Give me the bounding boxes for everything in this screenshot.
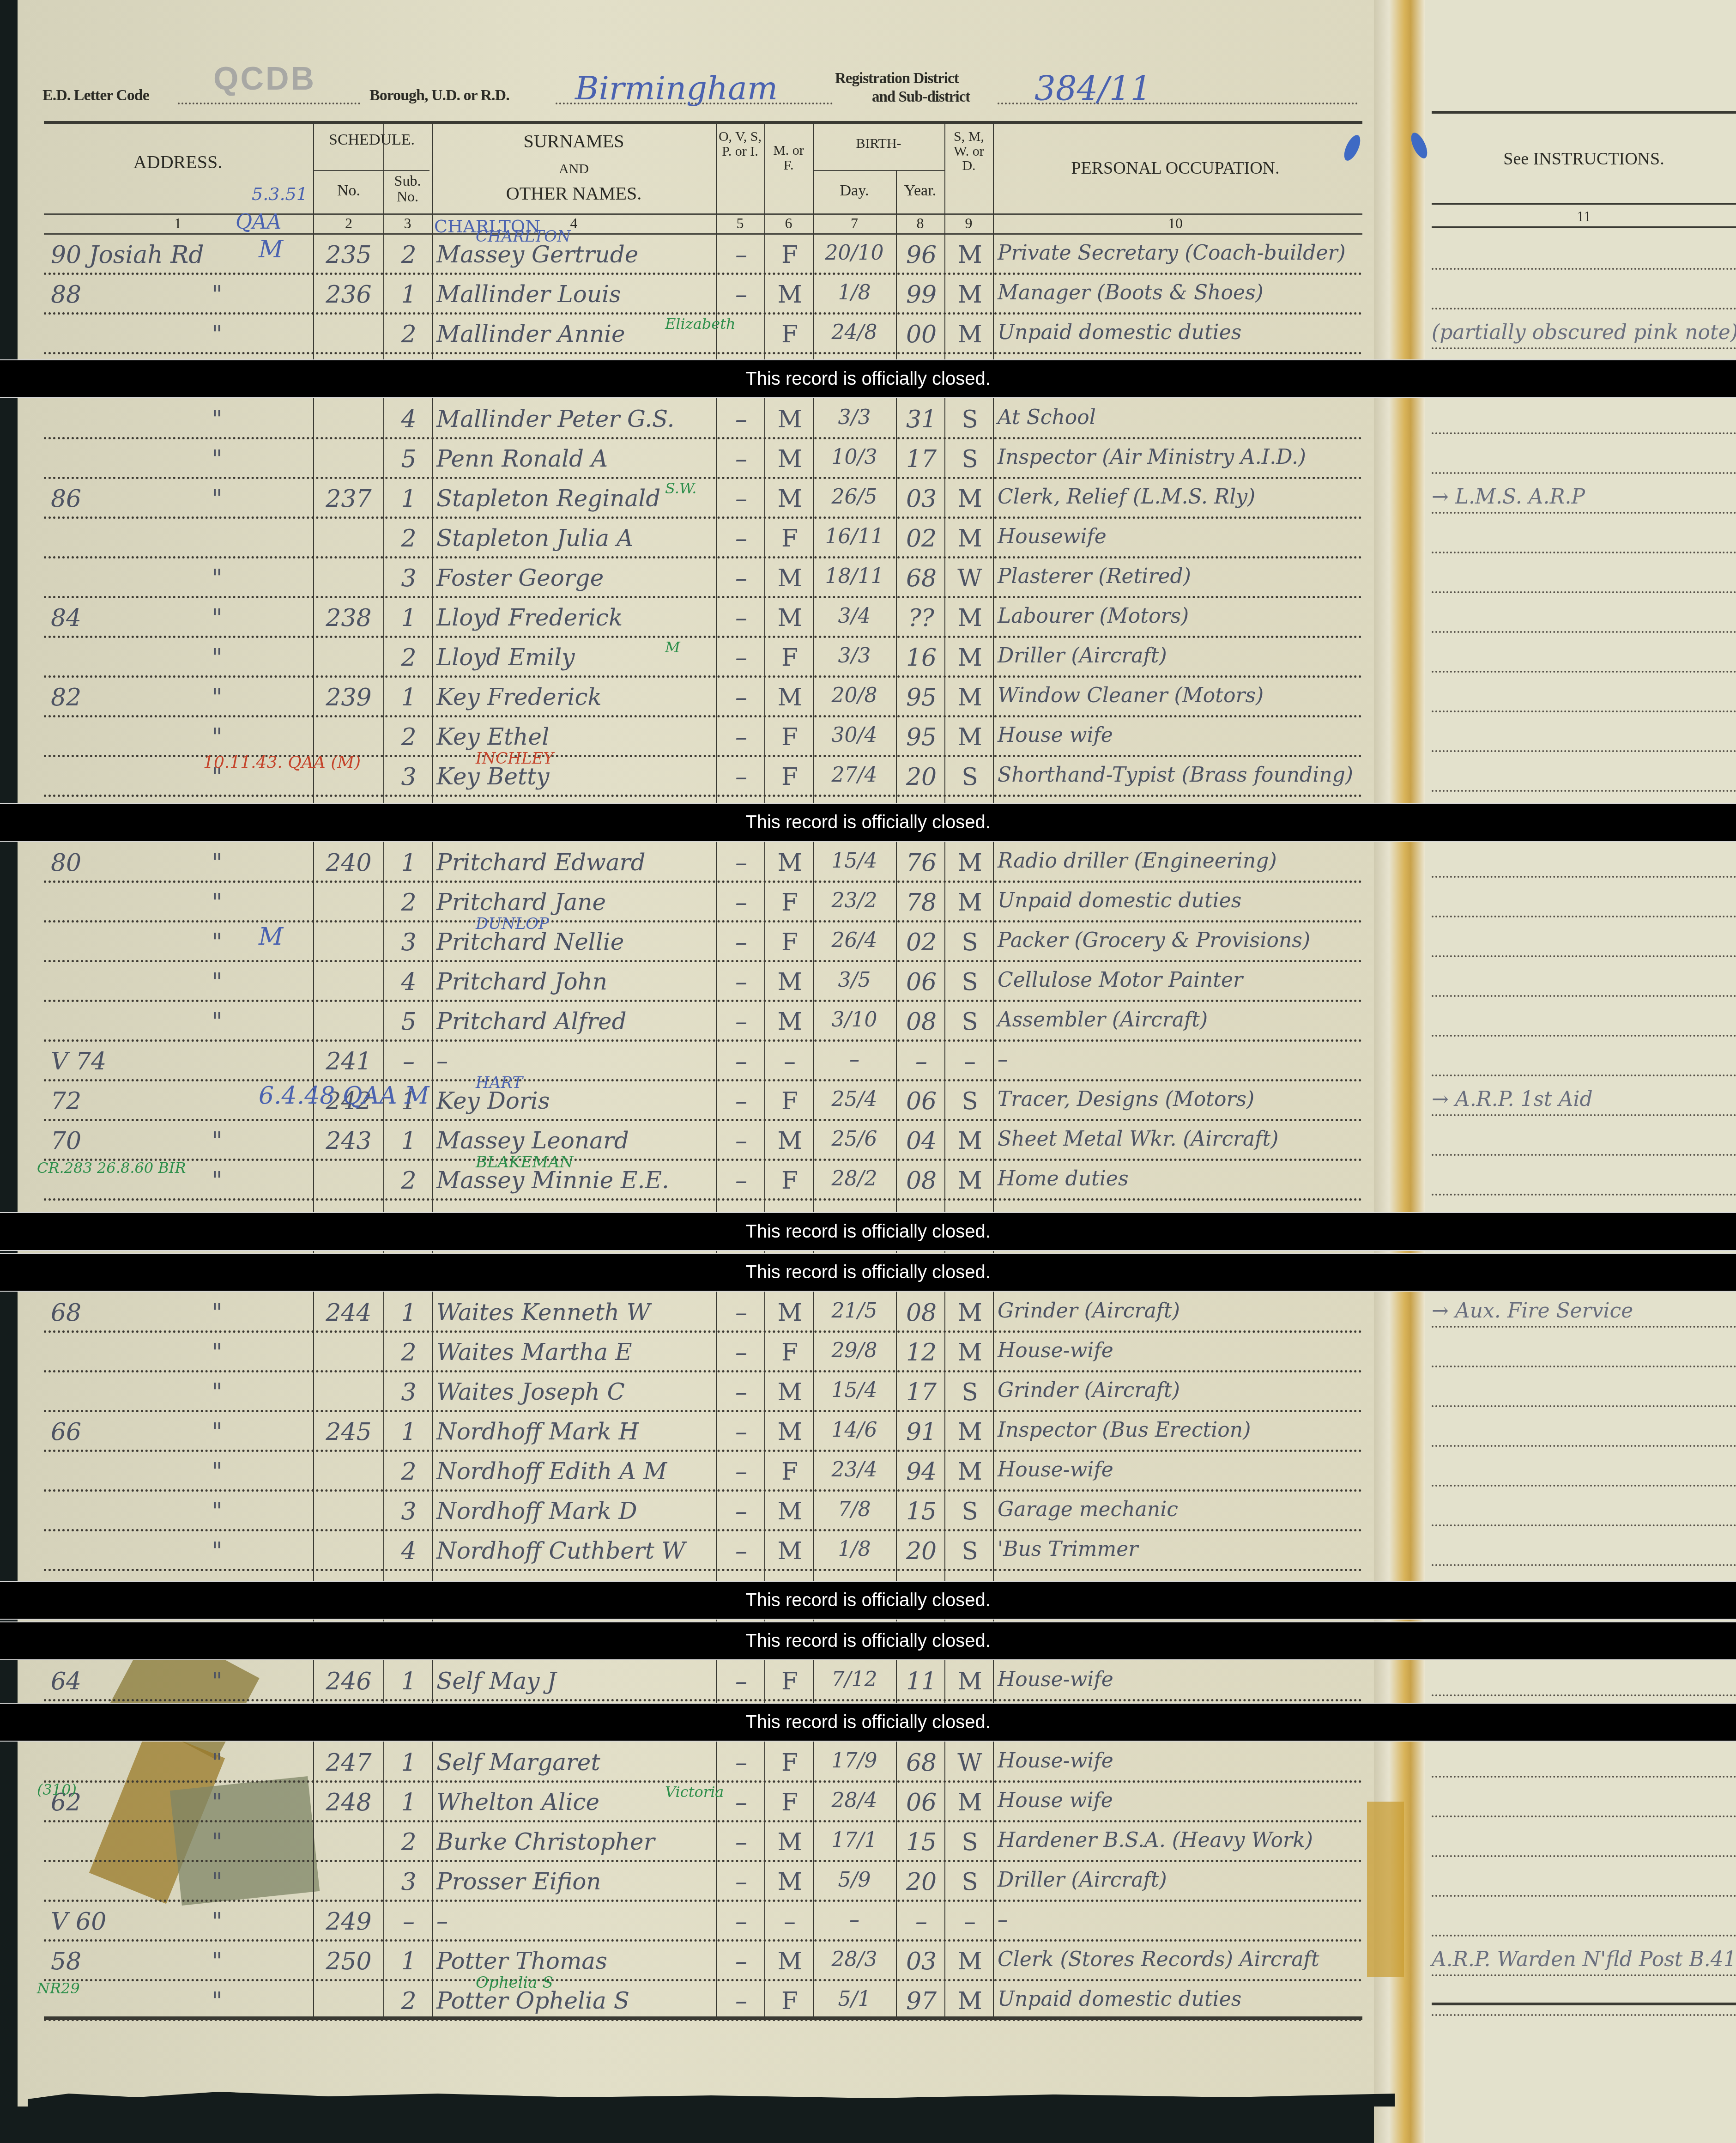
cell-year: 06: [901, 968, 942, 996]
cell-status: S: [949, 406, 991, 433]
cell-day: 18/11: [817, 565, 891, 588]
row-rule-right: [1432, 710, 1736, 712]
row-rule: [44, 675, 1362, 678]
cell-ditto: ": [203, 1537, 231, 1565]
cell-ovspi: –: [720, 929, 762, 956]
cell-ovspi: –: [720, 445, 762, 473]
cell-day: 26/5: [817, 485, 891, 509]
margin-note-code: QAA: [236, 210, 282, 234]
tape-stain: [1367, 1802, 1404, 1977]
cell-sub: 2: [388, 321, 429, 348]
cell-status: M: [949, 525, 991, 552]
row-rule: [44, 477, 1362, 479]
cell-occupation: Hardener B.S.A. (Heavy Work): [998, 1828, 1313, 1852]
cell-sex: F: [769, 1789, 811, 1816]
cell-schedule: 240: [319, 849, 379, 877]
cell-name: –: [436, 1048, 448, 1075]
row-rule-right: [1432, 1815, 1736, 1817]
cell-ovspi: –: [720, 565, 762, 592]
col-occupation-header: PERSONAL OCCUPATION.: [993, 159, 1358, 178]
annotation-name_addition: Elizabeth: [665, 315, 736, 333]
cell-year: 00: [901, 321, 942, 348]
cell-sex: M: [769, 684, 811, 711]
cell-sub: 3: [388, 1498, 429, 1525]
cell-name: Mallinder Annie: [436, 321, 625, 347]
cell-ovspi: –: [720, 604, 762, 632]
cell-name: Burke Christopher: [436, 1828, 655, 1855]
closed-record-bar: This record is officially closed.: [0, 1703, 1736, 1742]
cell-ditto: ": [203, 1828, 231, 1856]
cell-col11: → Aux. Fire Service: [1432, 1299, 1633, 1323]
cell-occupation: House wife: [998, 723, 1113, 747]
cell-sub: 2: [388, 644, 429, 672]
cell-address: 82: [51, 684, 81, 711]
cell-sub: 3: [388, 763, 429, 791]
row-rule: [44, 437, 1362, 439]
cell-day: 27/4: [817, 763, 891, 787]
cell-occupation: House-wife: [998, 1339, 1113, 1362]
borough-label: Borough, U.D. or R.D.: [369, 87, 509, 104]
cell-status: S: [949, 1498, 991, 1525]
col-year-header: Year.: [896, 182, 944, 199]
cell-sub: –: [388, 1908, 429, 1936]
cell-year: 17: [901, 1378, 942, 1406]
cell-day: 14/6: [817, 1418, 891, 1442]
cell-status: S: [949, 1378, 991, 1406]
right-header-bottom: [1432, 203, 1736, 205]
cell-ovspi: –: [720, 644, 762, 672]
cell-ditto: ": [203, 1008, 231, 1036]
cell-name: Stapleton Julia A: [436, 525, 633, 552]
cell-ovspi: –: [720, 1167, 762, 1195]
col-number: 3: [383, 215, 432, 232]
cell-day: 3/4: [817, 604, 891, 628]
cell-col11: → L.M.S. A.R.P: [1432, 485, 1585, 509]
row-rule-right: [1432, 1194, 1736, 1196]
col-ovspi-header: O, V, S, P. or I.: [718, 129, 762, 158]
cell-year: 99: [901, 281, 942, 309]
cell-day: –: [817, 1048, 891, 1071]
cell-name: Foster George: [436, 565, 604, 591]
closed-record-bar: This record is officially closed.: [0, 1253, 1736, 1292]
cell-status: M: [949, 889, 991, 917]
cell-day: 15/4: [817, 1378, 891, 1402]
right-page-bottom-rule: [1432, 2003, 1736, 2005]
cell-col11: (partially obscured pink note): [1432, 321, 1736, 344]
cell-name: Mallinder Peter G.S.: [436, 406, 674, 432]
col-number: 5: [716, 215, 764, 232]
cell-ovspi: –: [720, 1339, 762, 1366]
row-rule: [44, 1000, 1362, 1002]
row-rule: [44, 2019, 1362, 2021]
row-rule: [44, 1198, 1362, 1201]
cell-ditto: ": [203, 644, 231, 672]
row-rule: [44, 1450, 1362, 1452]
cell-status: M: [949, 604, 991, 632]
cell-year: 02: [901, 525, 942, 552]
cell-sex: M: [769, 1537, 811, 1565]
row-rule-right: [1432, 876, 1736, 878]
col-schedule-group: SCHEDULE.: [314, 132, 429, 148]
col-schedule-no-header: No.: [314, 182, 383, 199]
cell-status: S: [949, 1828, 991, 1856]
cell-ovspi: –: [720, 1948, 762, 1975]
cell-ovspi: –: [720, 763, 762, 791]
row-rule-right: [1432, 955, 1736, 957]
cell-day: 3/3: [817, 644, 891, 668]
cell-name: Key Ethel: [436, 723, 549, 750]
cell-ditto: ": [203, 1987, 231, 2015]
cell-sex: F: [769, 929, 811, 956]
cell-sex: M: [769, 1868, 811, 1896]
cell-day: 28/3: [817, 1948, 891, 1971]
cell-name: Lloyd Frederick: [436, 604, 623, 631]
annotation-addr_note: M: [259, 236, 283, 263]
ed-letter-code-stamp: QCDB: [213, 60, 316, 97]
row-rule: [44, 1039, 1362, 1042]
cell-sex: M: [769, 1948, 811, 1975]
annotation-name_addition: M: [665, 638, 680, 656]
cell-status: M: [949, 1948, 991, 1975]
cell-name: Whelton Alice: [436, 1789, 599, 1815]
cell-sub: 1: [388, 1418, 429, 1446]
row-rule: [44, 1820, 1362, 1822]
row-rule-right: [1432, 1485, 1736, 1487]
cell-name: Potter Thomas: [436, 1948, 607, 1974]
row-rule-right: [1432, 1405, 1736, 1407]
cell-sex: F: [769, 889, 811, 917]
cell-year: 95: [901, 684, 942, 711]
row-rule-right: [1432, 2014, 1736, 2016]
cell-day: 23/2: [817, 889, 891, 912]
cell-occupation: Garage mechanic: [998, 1498, 1178, 1521]
cell-address: 68: [51, 1299, 81, 1327]
cell-occupation: House wife: [998, 1789, 1113, 1812]
cell-year: 17: [901, 445, 942, 473]
cell-ovspi: –: [720, 1749, 762, 1777]
cell-ditto: ": [203, 1378, 231, 1406]
cell-status: M: [949, 1789, 991, 1816]
cell-year: –: [901, 1908, 942, 1936]
cell-sex: M: [769, 565, 811, 592]
annotation-name_correction: BLAKEMAN: [476, 1153, 573, 1172]
cell-name: Lloyd Emily: [436, 644, 575, 671]
cell-day: 17/9: [817, 1749, 891, 1773]
cell-schedule: 246: [319, 1668, 379, 1695]
row-rule: [44, 1159, 1362, 1161]
cell-status: M: [949, 281, 991, 309]
row-rule-right: [1432, 671, 1736, 673]
cell-year: 31: [901, 406, 942, 433]
cell-ovspi: –: [720, 968, 762, 996]
row-rule-right: [1432, 1366, 1736, 1367]
col-status-header: S, M, W. or D.: [946, 129, 992, 173]
cell-status: M: [949, 1418, 991, 1446]
cell-ditto: ": [203, 445, 231, 473]
cell-ovspi: –: [720, 485, 762, 513]
closed-record-bar: This record is officially closed.: [0, 1581, 1736, 1620]
cell-ovspi: –: [720, 1908, 762, 1936]
cell-address: 66: [51, 1418, 81, 1446]
cell-occupation: Inspector (Air Ministry A.I.D.): [998, 445, 1306, 469]
cell-address: 64: [51, 1668, 81, 1695]
cell-address: 84: [51, 604, 81, 632]
cell-sex: F: [769, 1458, 811, 1486]
cell-ditto: ": [203, 684, 231, 711]
cell-name: –: [436, 1908, 448, 1935]
cell-schedule: 247: [319, 1749, 379, 1777]
cell-ditto: ": [203, 485, 231, 513]
row-rule-right: [1432, 432, 1736, 434]
row-rule: [44, 516, 1362, 519]
cell-occupation: Grinder (Aircraft): [998, 1378, 1180, 1402]
row-rule-right: [1432, 552, 1736, 553]
row-rule: [44, 1900, 1362, 1902]
cell-occupation: House-wife: [998, 1668, 1113, 1691]
cell-name: Massey Leonard: [436, 1127, 629, 1154]
row-rule-right: [1432, 1895, 1736, 1897]
cell-ovspi: –: [720, 684, 762, 711]
row-rule: [44, 1860, 1362, 1862]
cell-year: 06: [901, 1087, 942, 1115]
cell-name: Pritchard Jane: [436, 889, 606, 916]
cell-occupation: Radio driller (Engineering): [998, 849, 1277, 873]
cell-year: 94: [901, 1458, 942, 1486]
cell-ditto: ": [203, 1749, 231, 1777]
cell-name: Key Frederick: [436, 684, 602, 710]
cell-year: 02: [901, 929, 942, 956]
cell-ovspi: –: [720, 1418, 762, 1446]
row-rule: [44, 715, 1362, 717]
cell-name: Self Margaret: [436, 1749, 600, 1776]
cell-ditto: ": [203, 406, 231, 433]
cell-status: M: [949, 1299, 991, 1327]
cell-year: 76: [901, 849, 942, 877]
cell-sub: 3: [388, 1868, 429, 1896]
row-rule: [44, 1370, 1362, 1372]
row-rule: [44, 795, 1362, 797]
cell-sub: 2: [388, 525, 429, 552]
row-rule: [44, 1569, 1362, 1571]
cell-status: M: [949, 644, 991, 672]
cell-occupation: House-wife: [998, 1458, 1113, 1481]
cell-ovspi: –: [720, 1498, 762, 1525]
cell-name: Pritchard Alfred: [436, 1008, 627, 1035]
row-rule: [44, 1079, 1362, 1081]
cell-ditto: ": [203, 321, 231, 348]
cell-address: 88: [51, 281, 81, 309]
cell-status: S: [949, 1868, 991, 1896]
cell-ovspi: –: [720, 1299, 762, 1327]
cell-sex: M: [769, 485, 811, 513]
cell-occupation: Assembler (Aircraft): [998, 1008, 1208, 1032]
cell-sex: M: [769, 281, 811, 309]
col-divider: [896, 170, 897, 2020]
row-rule-right: [1432, 1855, 1736, 1857]
cell-ovspi: –: [720, 525, 762, 552]
cell-year: 06: [901, 1789, 942, 1816]
cell-occupation: Grinder (Aircraft): [998, 1299, 1180, 1323]
cell-address: 58: [51, 1948, 81, 1975]
col-number: 8: [896, 215, 944, 232]
cell-sub: –: [388, 1048, 429, 1075]
cell-ovspi: –: [720, 281, 762, 309]
cell-year: 68: [901, 1749, 942, 1777]
cell-year: 20: [901, 1868, 942, 1896]
cell-status: S: [949, 968, 991, 996]
cell-schedule: 241: [319, 1048, 379, 1075]
annotation-name_correction: Ophelia S: [476, 1973, 553, 1992]
cell-year: 97: [901, 1987, 942, 2015]
col-instructions-header: See INSTRUCTIONS.: [1432, 150, 1736, 169]
cell-ditto: ": [203, 1339, 231, 1366]
row-rule-right: [1432, 1326, 1736, 1328]
cell-occupation: Unpaid domestic duties: [998, 889, 1241, 912]
right-number-rule: [1432, 226, 1736, 228]
cell-sub: 3: [388, 565, 429, 592]
col-number: 11: [1432, 208, 1736, 225]
cell-sub: 1: [388, 1668, 429, 1695]
cell-occupation: –: [998, 1048, 1008, 1071]
cell-ovspi: –: [720, 406, 762, 433]
cell-year: 08: [901, 1008, 942, 1036]
cell-occupation: Plasterer (Retired): [998, 565, 1191, 588]
cell-occupation: Unpaid domestic duties: [998, 321, 1241, 344]
col-names-header-3: OTHER NAMES.: [432, 184, 716, 203]
col-sex-header: M. or F.: [767, 143, 811, 172]
cell-ovspi: –: [720, 723, 762, 751]
cell-sex: F: [769, 644, 811, 672]
row-rule-right: [1432, 790, 1736, 792]
cell-sub: 4: [388, 968, 429, 996]
cell-sub: 5: [388, 1008, 429, 1036]
row-rule-right: [1432, 591, 1736, 593]
row-rule-right: [1432, 1776, 1736, 1778]
row-rule-right: [1432, 750, 1736, 752]
row-rule-right: [1432, 1524, 1736, 1526]
cell-ovspi: –: [720, 1987, 762, 2015]
cell-ditto: ": [203, 1458, 231, 1486]
cell-address: 80: [51, 849, 81, 877]
row-rule: [44, 636, 1362, 638]
cell-day: 24/8: [817, 321, 891, 344]
row-rule-right: [1432, 512, 1736, 514]
closed-record-bar: This record is officially closed.: [0, 1212, 1736, 1251]
cell-occupation: Sheet Metal Wkr. (Aircraft): [998, 1127, 1278, 1151]
cell-occupation: Driller (Aircraft): [998, 1868, 1167, 1892]
col-names-header-2: AND: [432, 162, 716, 176]
row-rule-right: [1432, 631, 1736, 633]
row-rule-right: [1432, 1445, 1736, 1447]
cell-ditto: ": [203, 1868, 231, 1896]
cell-occupation: Unpaid domestic duties: [998, 1987, 1241, 2011]
cell-sub: 1: [388, 1299, 429, 1327]
col-number: 6: [764, 215, 813, 232]
cell-sex: M: [769, 406, 811, 433]
cell-ditto: ": [203, 1167, 231, 1195]
cell-name: Prosser Eifion: [436, 1868, 601, 1895]
annotation-name_correction: DUNLOP: [476, 915, 549, 933]
annotation-addr_note_red: 10.11.43. QAA (M): [203, 753, 361, 772]
cell-year: 68: [901, 565, 942, 592]
cell-status: S: [949, 1537, 991, 1565]
cell-day: 7/8: [817, 1498, 891, 1521]
cell-day: 17/1: [817, 1828, 891, 1852]
cell-status: M: [949, 241, 991, 269]
cell-status: M: [949, 1339, 991, 1366]
row-rule: [44, 1330, 1362, 1333]
row-rule: [44, 1979, 1362, 1981]
row-rule-right: [1432, 916, 1736, 917]
cell-status: M: [949, 1987, 991, 2015]
col-number: 10: [993, 215, 1358, 232]
row-rule: [44, 960, 1362, 962]
row-rule-right: [1432, 1114, 1736, 1116]
cell-sub: 2: [388, 889, 429, 917]
cell-sex: F: [769, 241, 811, 269]
cell-occupation: Housewife: [998, 525, 1107, 548]
cell-status: M: [949, 1668, 991, 1695]
cell-year: –: [901, 1048, 942, 1075]
cell-sex: –: [769, 1908, 811, 1936]
col-day-header: Day.: [813, 182, 896, 199]
cell-sub: 1: [388, 1948, 429, 1975]
cell-status: –: [949, 1048, 991, 1075]
cell-sex: –: [769, 1048, 811, 1075]
cell-schedule: 244: [319, 1299, 379, 1327]
row-rule-right: [1432, 1154, 1736, 1156]
cell-sub: 1: [388, 1789, 429, 1816]
cell-address: V 60: [51, 1908, 106, 1936]
cell-schedule: 238: [319, 604, 379, 632]
cell-sex: M: [769, 1378, 811, 1406]
row-rule: [44, 312, 1362, 315]
row-rule-right: [1432, 995, 1736, 997]
cell-year: 15: [901, 1498, 942, 1525]
cell-ditto: ": [203, 1908, 231, 1936]
cell-year: 20: [901, 1537, 942, 1565]
cell-ditto: ": [203, 1498, 231, 1525]
cell-day: 20/10: [817, 241, 891, 265]
cell-year: 16: [901, 644, 942, 672]
cell-day: 15/4: [817, 849, 891, 873]
cell-status: S: [949, 445, 991, 473]
cell-sub: 2: [388, 1167, 429, 1195]
cell-name: Stapleton Reginald: [436, 485, 660, 512]
cell-sex: F: [769, 1339, 811, 1366]
closed-record-bar: This record is officially closed.: [0, 1621, 1736, 1660]
cell-ovspi: –: [720, 849, 762, 877]
row-rule-right: [1432, 1694, 1736, 1696]
cell-day: 20/8: [817, 684, 891, 707]
cell-name: Pritchard John: [436, 968, 607, 995]
cell-name: Pritchard Edward: [436, 849, 645, 876]
cell-address: 86: [51, 485, 81, 513]
cell-name: Nordhoff Mark H: [436, 1418, 639, 1445]
cell-year: 12: [901, 1339, 942, 1366]
row-rule: [44, 1529, 1362, 1531]
cell-sub: 1: [388, 485, 429, 513]
cell-year: ??: [901, 604, 942, 632]
registration-value: 384/11: [1034, 69, 1151, 108]
row-rule-right: [1432, 1974, 1736, 1976]
cell-name: Self May J: [436, 1668, 556, 1694]
cell-occupation: Tracer, Designs (Motors): [998, 1087, 1254, 1111]
col-number: 7: [813, 215, 896, 232]
row-rule: [44, 1939, 1362, 1942]
cell-day: 3/3: [817, 406, 891, 429]
row-rule: [44, 1410, 1362, 1412]
